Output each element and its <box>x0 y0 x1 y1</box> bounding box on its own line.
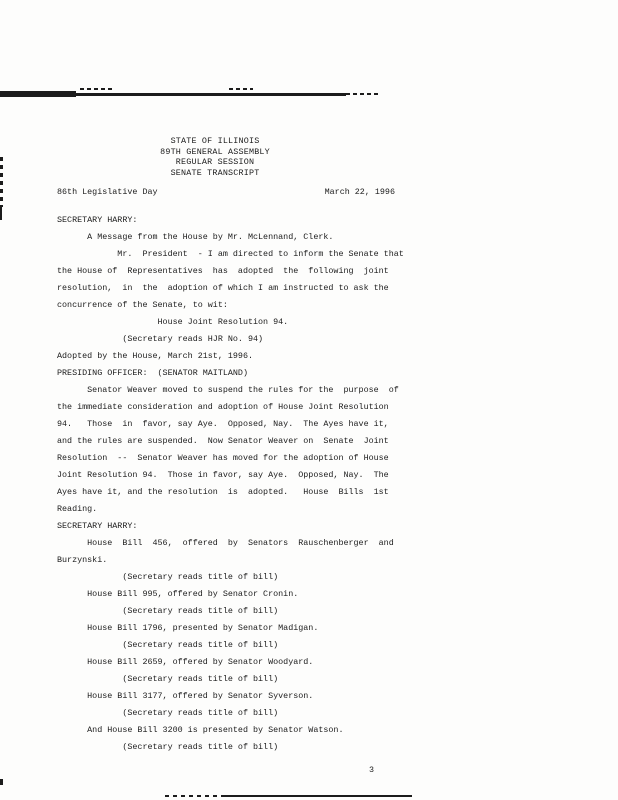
bottom-rule-dashed-segment <box>165 795 222 797</box>
transcript-line: House Joint Resolution 94. <box>57 314 407 331</box>
transcript-line: Reading. <box>57 501 407 518</box>
transcript-line: concurrence of the Senate, to wit: <box>57 297 407 314</box>
transcript-line: Burzynski. <box>57 552 407 569</box>
transcript-line: (Secretary reads title of bill) <box>57 705 407 722</box>
left-edge-binding-dashes <box>0 157 3 207</box>
top-rule-dash-mark-right <box>346 93 380 95</box>
transcript-line: (Secretary reads title of bill) <box>57 603 407 620</box>
transcript-line: (Secretary reads title of bill) <box>57 637 407 654</box>
top-rule-thin-segment <box>74 93 346 96</box>
top-rule-dash-mark-mid <box>229 88 253 90</box>
document-header: STATE OF ILLINOIS89TH GENERAL ASSEMBLYRE… <box>40 136 390 178</box>
top-rule-dash-mark-left <box>80 88 114 90</box>
transcript-line: SECRETARY HARRY: <box>57 518 407 535</box>
transcript-line: Senator Weaver moved to suspend the rule… <box>57 382 407 399</box>
transcript-line: Joint Resolution 94. Those in favor, say… <box>57 467 407 484</box>
document-header-line: 89TH GENERAL ASSEMBLY <box>40 147 390 158</box>
day-date-row: 86th Legislative Day March 22, 1996 <box>57 186 395 198</box>
transcript-line: Resolution -- Senator Weaver has moved f… <box>57 450 407 467</box>
transcript-line: Mr. President - I am directed to inform … <box>57 246 407 263</box>
document-header-line: REGULAR SESSION <box>40 157 390 168</box>
transcript-body: SECRETARY HARRY: A Message from the Hous… <box>57 212 407 756</box>
page-number: 3 <box>369 764 374 776</box>
transcript-line: And House Bill 3200 is presented by Sena… <box>57 722 407 739</box>
left-edge-bottom-mark <box>0 779 3 785</box>
transcript-line: House Bill 995, offered by Senator Croni… <box>57 586 407 603</box>
session-date: March 22, 1996 <box>325 186 395 198</box>
left-edge-binding-bar <box>0 206 2 220</box>
transcript-line: A Message from the House by Mr. McLennan… <box>57 229 407 246</box>
transcript-line: resolution, in the adoption of which I a… <box>57 280 407 297</box>
document-header-line: STATE OF ILLINOIS <box>40 136 390 147</box>
transcript-line: (Secretary reads title of bill) <box>57 739 407 756</box>
transcript-line: and the rules are suspended. Now Senator… <box>57 433 407 450</box>
transcript-line: (Secretary reads HJR No. 94) <box>57 331 407 348</box>
transcript-line: Adopted by the House, March 21st, 1996. <box>57 348 407 365</box>
transcript-line: SECRETARY HARRY: <box>57 212 407 229</box>
transcript-line: (Secretary reads title of bill) <box>57 671 407 688</box>
transcript-line: PRESIDING OFFICER: (SENATOR MAITLAND) <box>57 365 407 382</box>
transcript-line: House Bill 2659, offered by Senator Wood… <box>57 654 407 671</box>
transcript-line: House Bill 1796, presented by Senator Ma… <box>57 620 407 637</box>
transcript-line: House Bill 3177, offered by Senator Syve… <box>57 688 407 705</box>
document-header-line: SENATE TRANSCRIPT <box>40 168 390 179</box>
transcript-line: the immediate consideration and adoption… <box>57 399 407 416</box>
transcript-line: House Bill 456, offered by Senators Raus… <box>57 535 407 552</box>
scanned-transcript-page: STATE OF ILLINOIS89TH GENERAL ASSEMBLYRE… <box>0 0 618 800</box>
transcript-line: Ayes have it, and the resolution is adop… <box>57 484 407 501</box>
bottom-rule-solid-segment <box>222 795 412 797</box>
transcript-line: (Secretary reads title of bill) <box>57 569 407 586</box>
transcript-line: the House of Representatives has adopted… <box>57 263 407 280</box>
top-rule-thick-segment <box>0 91 76 97</box>
transcript-line: 94. Those in favor, say Aye. Opposed, Na… <box>57 416 407 433</box>
legislative-day-label: 86th Legislative Day <box>57 186 158 198</box>
